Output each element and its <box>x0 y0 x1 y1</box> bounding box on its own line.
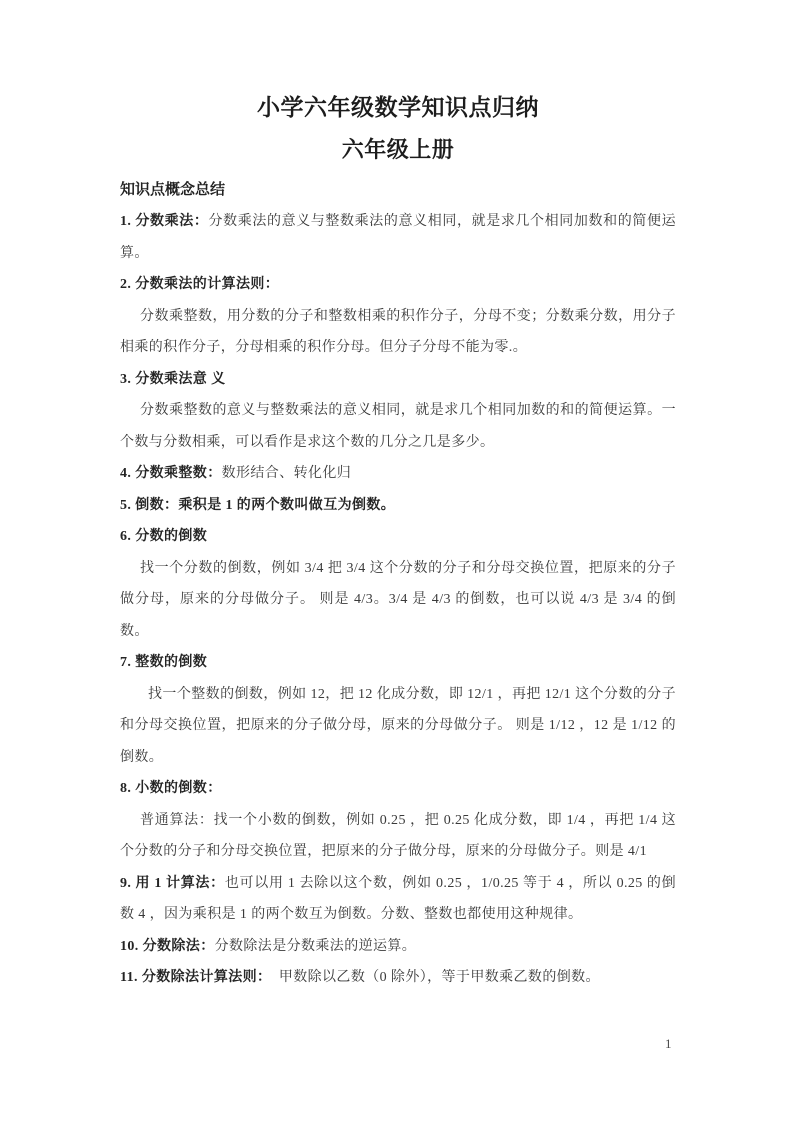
item-11-label: 11. 分数除法计算法则： <box>120 970 264 985</box>
item-11-text: 甲数除以乙数（0 除外），等于甲数乘乙数的倒数。 <box>264 970 600 985</box>
item-3-label: 3. 分数乘法意 义 <box>120 372 226 387</box>
item-1: 1. 分数乘法：分数乘法的意义与整数乘法的意义相同，就是求几个相同加数和的简便运… <box>120 206 676 269</box>
document-title: 小学六年级数学知识点归纳 <box>120 92 676 123</box>
item-2-heading: 2. 分数乘法的计算法则： <box>120 269 676 301</box>
item-10-text: 分数除法是分数乘法的逆运算。 <box>215 939 417 954</box>
item-6-paragraph: 找一个分数的倒数，例如 3/4 把 3/4 这个分数的分子和分母交换位置，把原来… <box>120 553 676 648</box>
item-8-paragraph: 普通算法：找一个小数的倒数，例如 0.25 ，把 0.25 化成分数，即 1/4… <box>120 805 676 868</box>
item-4: 4. 分数乘整数：数形结合、转化化归 <box>120 458 676 490</box>
item-9-label: 9. 用 1 计算法： <box>120 876 225 891</box>
item-10: 10. 分数除法：分数除法是分数乘法的逆运算。 <box>120 931 676 963</box>
item-3-heading: 3. 分数乘法意 义 <box>120 364 676 396</box>
item-5-label: 5. 倒数：乘积是 1 的两个数叫做互为倒数。 <box>120 498 395 513</box>
item-1-label: 1. 分数乘法： <box>120 214 209 229</box>
item-4-text: 数形结合、转化化归 <box>222 466 352 481</box>
item-7-label: 7. 整数的倒数 <box>120 655 207 670</box>
item-2-paragraph: 分数乘整数，用分数的分子和整数相乘的积作分子，分母不变；分数乘分数，用分子相乘的… <box>120 301 676 364</box>
document-page: 小学六年级数学知识点归纳 六年级上册 知识点概念总结 1. 分数乘法：分数乘法的… <box>0 0 793 1122</box>
item-8-label: 8. 小数的倒数： <box>120 781 222 796</box>
section-header: 知识点概念总结 <box>120 175 676 207</box>
document-subtitle: 六年级上册 <box>120 135 676 165</box>
item-8-heading: 8. 小数的倒数： <box>120 773 676 805</box>
item-5: 5. 倒数：乘积是 1 的两个数叫做互为倒数。 <box>120 490 676 522</box>
item-4-label: 4. 分数乘整数： <box>120 466 222 481</box>
item-7-heading: 7. 整数的倒数 <box>120 647 676 679</box>
item-2-label: 2. 分数乘法的计算法则： <box>120 277 279 292</box>
item-7-paragraph: 找一个整数的倒数，例如 12，把 12 化成分数，即 12/1 ，再把 12/1… <box>120 679 676 774</box>
item-11: 11. 分数除法计算法则： 甲数除以乙数（0 除外），等于甲数乘乙数的倒数。 <box>120 962 676 994</box>
item-10-label: 10. 分数除法： <box>120 939 215 954</box>
item-3-paragraph: 分数乘整数的意义与整数乘法的意义相同，就是求几个相同加数的和的简便运算。一个数与… <box>120 395 676 458</box>
item-9: 9. 用 1 计算法：也可以用 1 去除以这个数，例如 0.25 ，1/0.25… <box>120 868 676 931</box>
item-6-heading: 6. 分数的倒数 <box>120 521 676 553</box>
item-6-label: 6. 分数的倒数 <box>120 529 207 544</box>
page-number: 1 <box>665 1036 672 1052</box>
